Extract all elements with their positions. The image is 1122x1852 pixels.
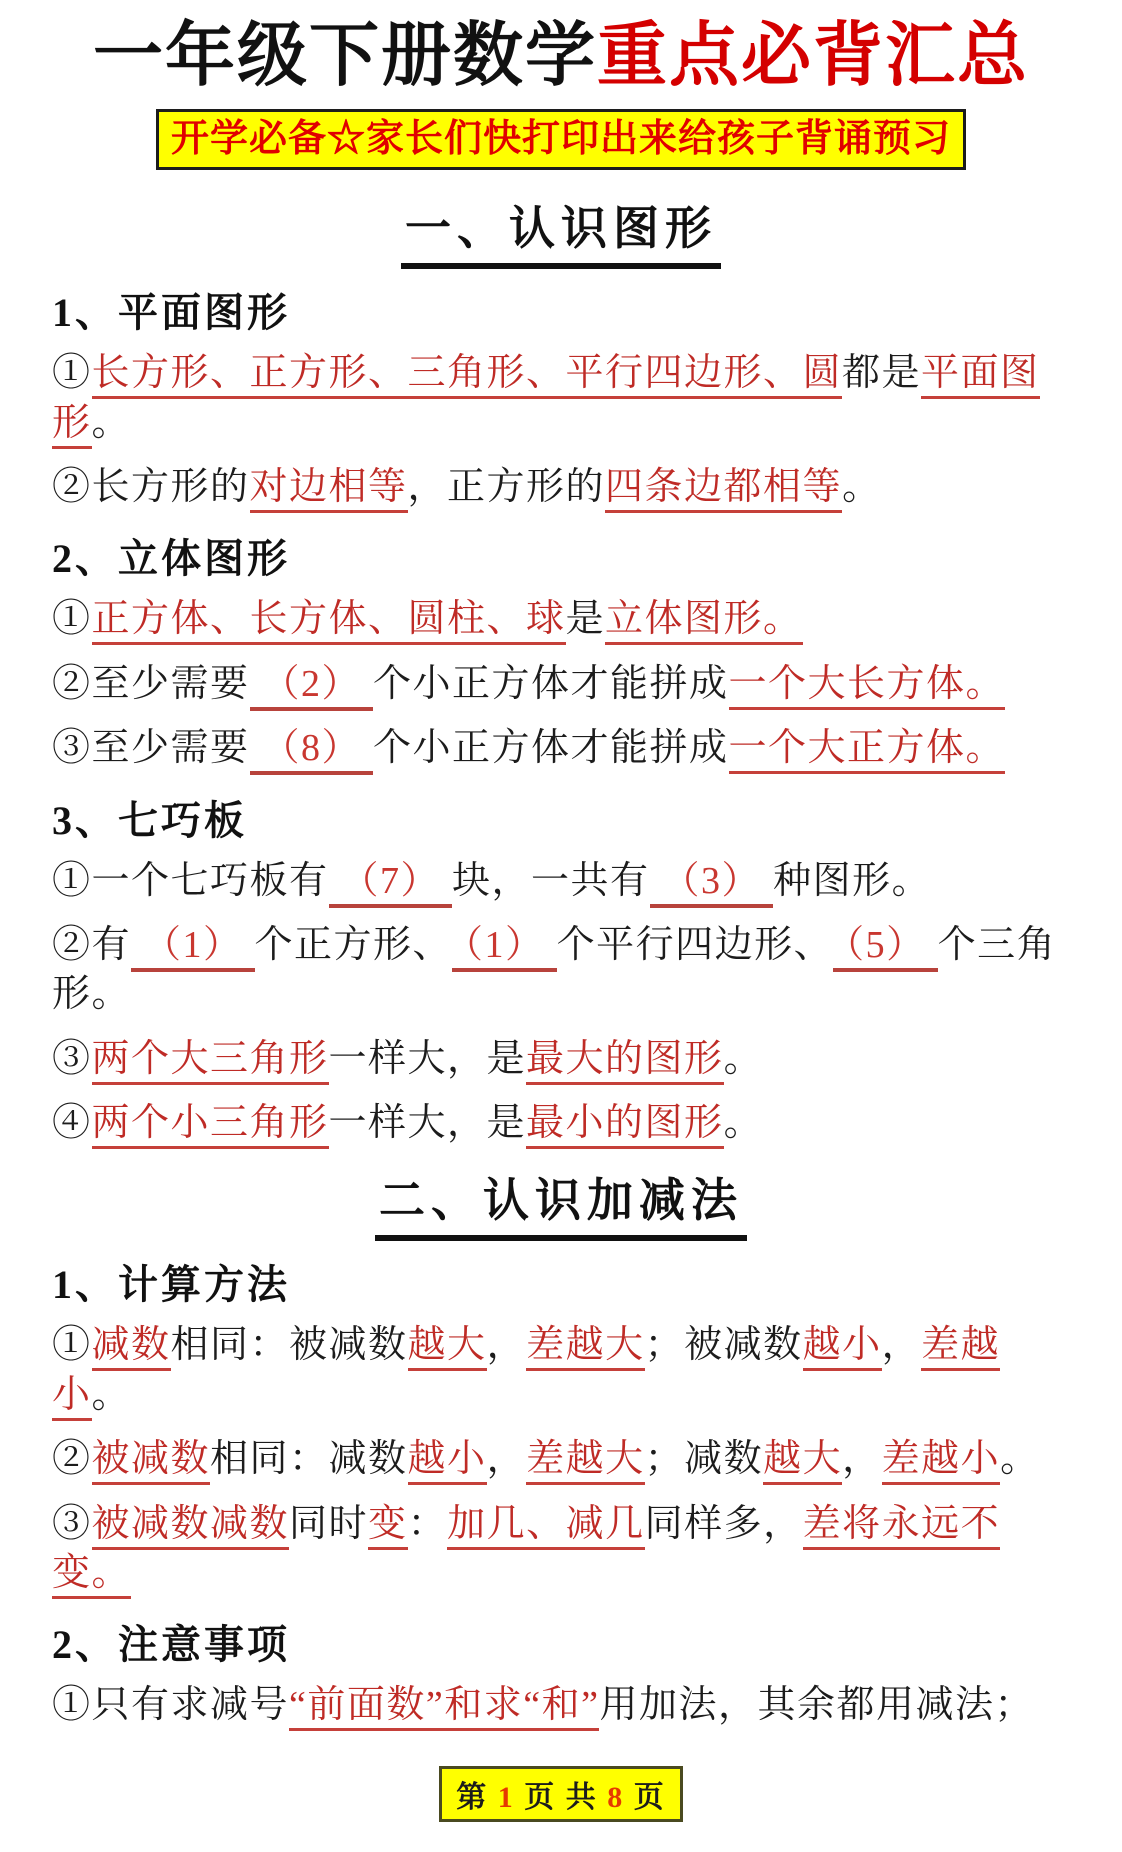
text-segment: 。 — [724, 1038, 764, 1080]
text-segment: 个小正方体才能拼成 — [373, 727, 729, 769]
text-segment: 被减数 — [92, 1438, 211, 1485]
text-segment: 。 — [92, 1374, 132, 1416]
highlight-banner: 开学必备☆家长们快打印出来给孩子背诵预习 — [156, 109, 966, 171]
text-segment: ① — [52, 1324, 92, 1366]
text-segment: 个平行四边形、 — [557, 924, 834, 966]
text-segment: 一个大长方体。 — [729, 663, 1006, 710]
page-title: 一年级下册数学重点必背汇总 — [52, 14, 1070, 97]
text-segment: 都是 — [842, 352, 921, 394]
text-segment: ， — [842, 1438, 882, 1480]
text-segment: 相同：被减数 — [171, 1324, 408, 1366]
text-segment: ；减数 — [645, 1438, 764, 1480]
text-segment: （1） — [452, 924, 557, 972]
footer-label: 页 — [624, 1781, 666, 1814]
text-line: ②至少需要（2）个小正方体才能拼成一个大长方体。 — [52, 660, 1070, 709]
text-segment: 越小 — [408, 1438, 487, 1485]
text-segment: 个正方形、 — [255, 924, 453, 966]
text-segment: 。 — [92, 402, 132, 444]
text-segment: 最小的图形 — [526, 1102, 724, 1149]
text-segment: （1） — [131, 924, 255, 972]
footer-label: 第 — [456, 1781, 498, 1814]
text-segment: 立体图形。 — [605, 598, 803, 645]
content: 一、认识图形1、平面图形①长方形、正方形、三角形、平行四边形、圆都是平面图形。②… — [52, 176, 1070, 1746]
text-segment: ②长方形的 — [52, 466, 250, 508]
text-line: ④两个小三角形一样大，是最小的图形。 — [52, 1099, 1070, 1148]
text-segment: 变 — [368, 1503, 408, 1550]
text-segment: （7） — [329, 860, 453, 908]
text-segment: 四条边都相等 — [605, 466, 842, 513]
text-segment: 是 — [566, 598, 606, 640]
text-segment: 一个大正方体。 — [729, 727, 1006, 774]
text-segment: 对边相等 — [250, 466, 408, 513]
text-segment: 个小正方体才能拼成 — [373, 663, 729, 705]
subheading: 3、七巧板 — [52, 789, 1070, 846]
text-segment: 减数 — [92, 1324, 171, 1371]
text-segment: 长方形、正方形、三角形、平行四边形、圆 — [92, 352, 843, 399]
text-segment: 最大的图形 — [526, 1038, 724, 1085]
text-segment: 一样大，是 — [329, 1038, 527, 1080]
text-segment: 相同：减数 — [210, 1438, 408, 1480]
text-segment: ④ — [52, 1102, 92, 1144]
text-segment: 被减数减数 — [92, 1503, 290, 1550]
text-segment: ② — [52, 1438, 92, 1480]
text-segment: 越大 — [408, 1324, 487, 1371]
text-segment: 两个小三角形 — [92, 1102, 329, 1149]
text-line: ②被减数相同：减数越小，差越大；减数越大，差越小。 — [52, 1435, 1070, 1484]
footer-page-number: 1 — [498, 1781, 515, 1814]
text-segment: ②至少需要 — [52, 663, 250, 705]
text-segment: 两个大三角形 — [92, 1038, 329, 1085]
text-segment: 。 — [842, 466, 882, 508]
footer-row: 第 1 页 共 8 页 — [52, 1746, 1070, 1852]
text-segment: 一样大，是 — [329, 1102, 527, 1144]
text-segment: 正方体、长方体、圆柱、球 — [92, 598, 566, 645]
text-segment: 同时 — [289, 1503, 368, 1545]
page-title-black-part: 一年级下册数学 — [93, 16, 597, 94]
text-segment: 差越小 — [882, 1438, 1001, 1485]
section-heading-row: 一、认识图形 — [52, 192, 1070, 269]
text-segment: ， — [487, 1324, 527, 1366]
text-segment: （3） — [650, 860, 774, 908]
page-footer: 第 1 页 共 8 页 — [439, 1766, 683, 1822]
text-segment: （5） — [833, 924, 938, 972]
text-segment: 。 — [1000, 1438, 1040, 1480]
text-segment: 种图形。 — [773, 860, 931, 902]
subheading: 2、立体图形 — [52, 527, 1070, 584]
text-segment: ①只有求减号 — [52, 1684, 289, 1726]
text-segment: ③至少需要 — [52, 727, 250, 769]
text-segment: ②有 — [52, 924, 131, 966]
text-segment: 。 — [724, 1102, 764, 1144]
text-line: ③两个大三角形一样大，是最大的图形。 — [52, 1035, 1070, 1084]
text-line: ③至少需要（8）个小正方体才能拼成一个大正方体。 — [52, 724, 1070, 773]
text-segment: 同样多， — [645, 1503, 803, 1545]
text-line: ①只有求减号“前面数”和求“和”用加法，其余都用减法； — [52, 1681, 1070, 1730]
text-line: ①正方体、长方体、圆柱、球是立体图形。 — [52, 595, 1070, 644]
text-segment: 加几、减几 — [447, 1503, 645, 1550]
text-segment: ①一个七巧板有 — [52, 860, 329, 902]
banner-row: 开学必备☆家长们快打印出来给孩子背诵预习 — [52, 109, 1070, 171]
text-segment: ，正方形的 — [408, 466, 606, 508]
text-segment: ③ — [52, 1503, 92, 1545]
text-segment: ③ — [52, 1038, 92, 1080]
text-segment: ① — [52, 352, 92, 394]
text-line: ①一个七巧板有（7）块，一共有（3）种图形。 — [52, 857, 1070, 906]
text-segment: ， — [882, 1324, 922, 1366]
text-segment: 用加法，其余都用减法； — [599, 1684, 1034, 1726]
text-segment: ： — [408, 1503, 448, 1545]
text-segment: （2） — [250, 663, 374, 711]
section-heading: 二、认识加减法 — [375, 1164, 747, 1241]
footer-label: 页 共 — [515, 1781, 608, 1814]
text-segment: 差越大 — [526, 1438, 645, 1485]
text-line: ②有（1）个正方形、（1）个平行四边形、（5）个三角形。 — [52, 921, 1070, 1020]
subheading: 1、平面图形 — [52, 281, 1070, 338]
text-segment: ；被减数 — [645, 1324, 803, 1366]
subheading: 2、注意事项 — [52, 1613, 1070, 1670]
text-line: ③被减数减数同时变：加几、减几同样多，差将永远不变。 — [52, 1500, 1070, 1599]
page-title-red-part: 重点必背汇总 — [597, 16, 1029, 94]
text-segment: ① — [52, 598, 92, 640]
text-segment: 越大 — [763, 1438, 842, 1485]
text-line: ①长方形、正方形、三角形、平行四边形、圆都是平面图形。 — [52, 349, 1070, 448]
section-heading-row: 二、认识加减法 — [52, 1164, 1070, 1241]
text-line: ①减数相同：被减数越大，差越大；被减数越小，差越小。 — [52, 1321, 1070, 1420]
document-page: 一年级下册数学重点必背汇总 开学必备☆家长们快打印出来给孩子背诵预习 一、认识图… — [0, 0, 1122, 1852]
footer-total-pages: 8 — [607, 1781, 624, 1814]
text-line: ②长方形的对边相等，正方形的四条边都相等。 — [52, 463, 1070, 512]
text-segment: 块，一共有 — [452, 860, 650, 902]
text-segment: 差越大 — [526, 1324, 645, 1371]
text-segment: ， — [487, 1438, 527, 1480]
section-heading: 一、认识图形 — [401, 192, 721, 269]
text-segment: “前面数”和求“和” — [289, 1684, 599, 1731]
text-segment: （8） — [250, 727, 374, 775]
text-segment: 越小 — [803, 1324, 882, 1371]
subheading: 1、计算方法 — [52, 1253, 1070, 1310]
